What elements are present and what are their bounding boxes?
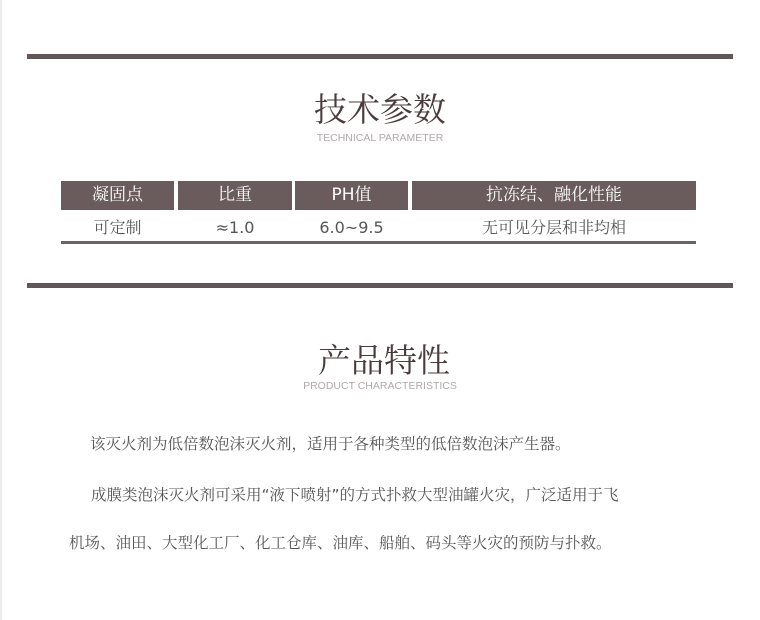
spec-value-freeze-thaw: 无可见分层和非均相 [412, 215, 696, 241]
technical-parameters-title: 技术参数 [0, 91, 760, 129]
spec-value-freezing-point: 可定制 [61, 215, 174, 241]
spec-value-specific-gravity: ≈1.0 [178, 215, 292, 241]
characteristics-paragraph-1: 该灭火剂为低倍数泡沫灭火剂，适用于各种类型的低倍数泡沫产生器。 [90, 434, 571, 454]
product-characteristics-title: 产品特性 [4, 342, 760, 380]
technical-parameters-subtitle: TECHNICAL PARAMETER [0, 132, 760, 145]
section-divider-middle [27, 283, 733, 288]
spec-value-ph: 6.0~9.5 [295, 215, 408, 241]
spec-header-specific-gravity: 比重 [178, 181, 292, 210]
spec-header-freezing-point: 凝固点 [61, 181, 174, 210]
table-bottom-rule [61, 241, 696, 244]
characteristics-paragraph-2-line-1: 成膜类泡沫灭火剂可采用“液下喷射”的方式扑救大型油罐火灾，广泛适用于飞 [91, 485, 619, 505]
spec-header-freeze-thaw: 抗冻结、融化性能 [412, 181, 696, 210]
product-characteristics-subtitle: PRODUCT CHARACTERISTICS [0, 380, 760, 393]
spec-header-ph: PH值 [295, 181, 408, 210]
characteristics-paragraph-2-line-2: 机场、油田、大型化工厂、化工仓库、油库、船舶、码头等火灾的预防与扑救。 [69, 533, 612, 553]
section-divider-top [27, 54, 733, 59]
